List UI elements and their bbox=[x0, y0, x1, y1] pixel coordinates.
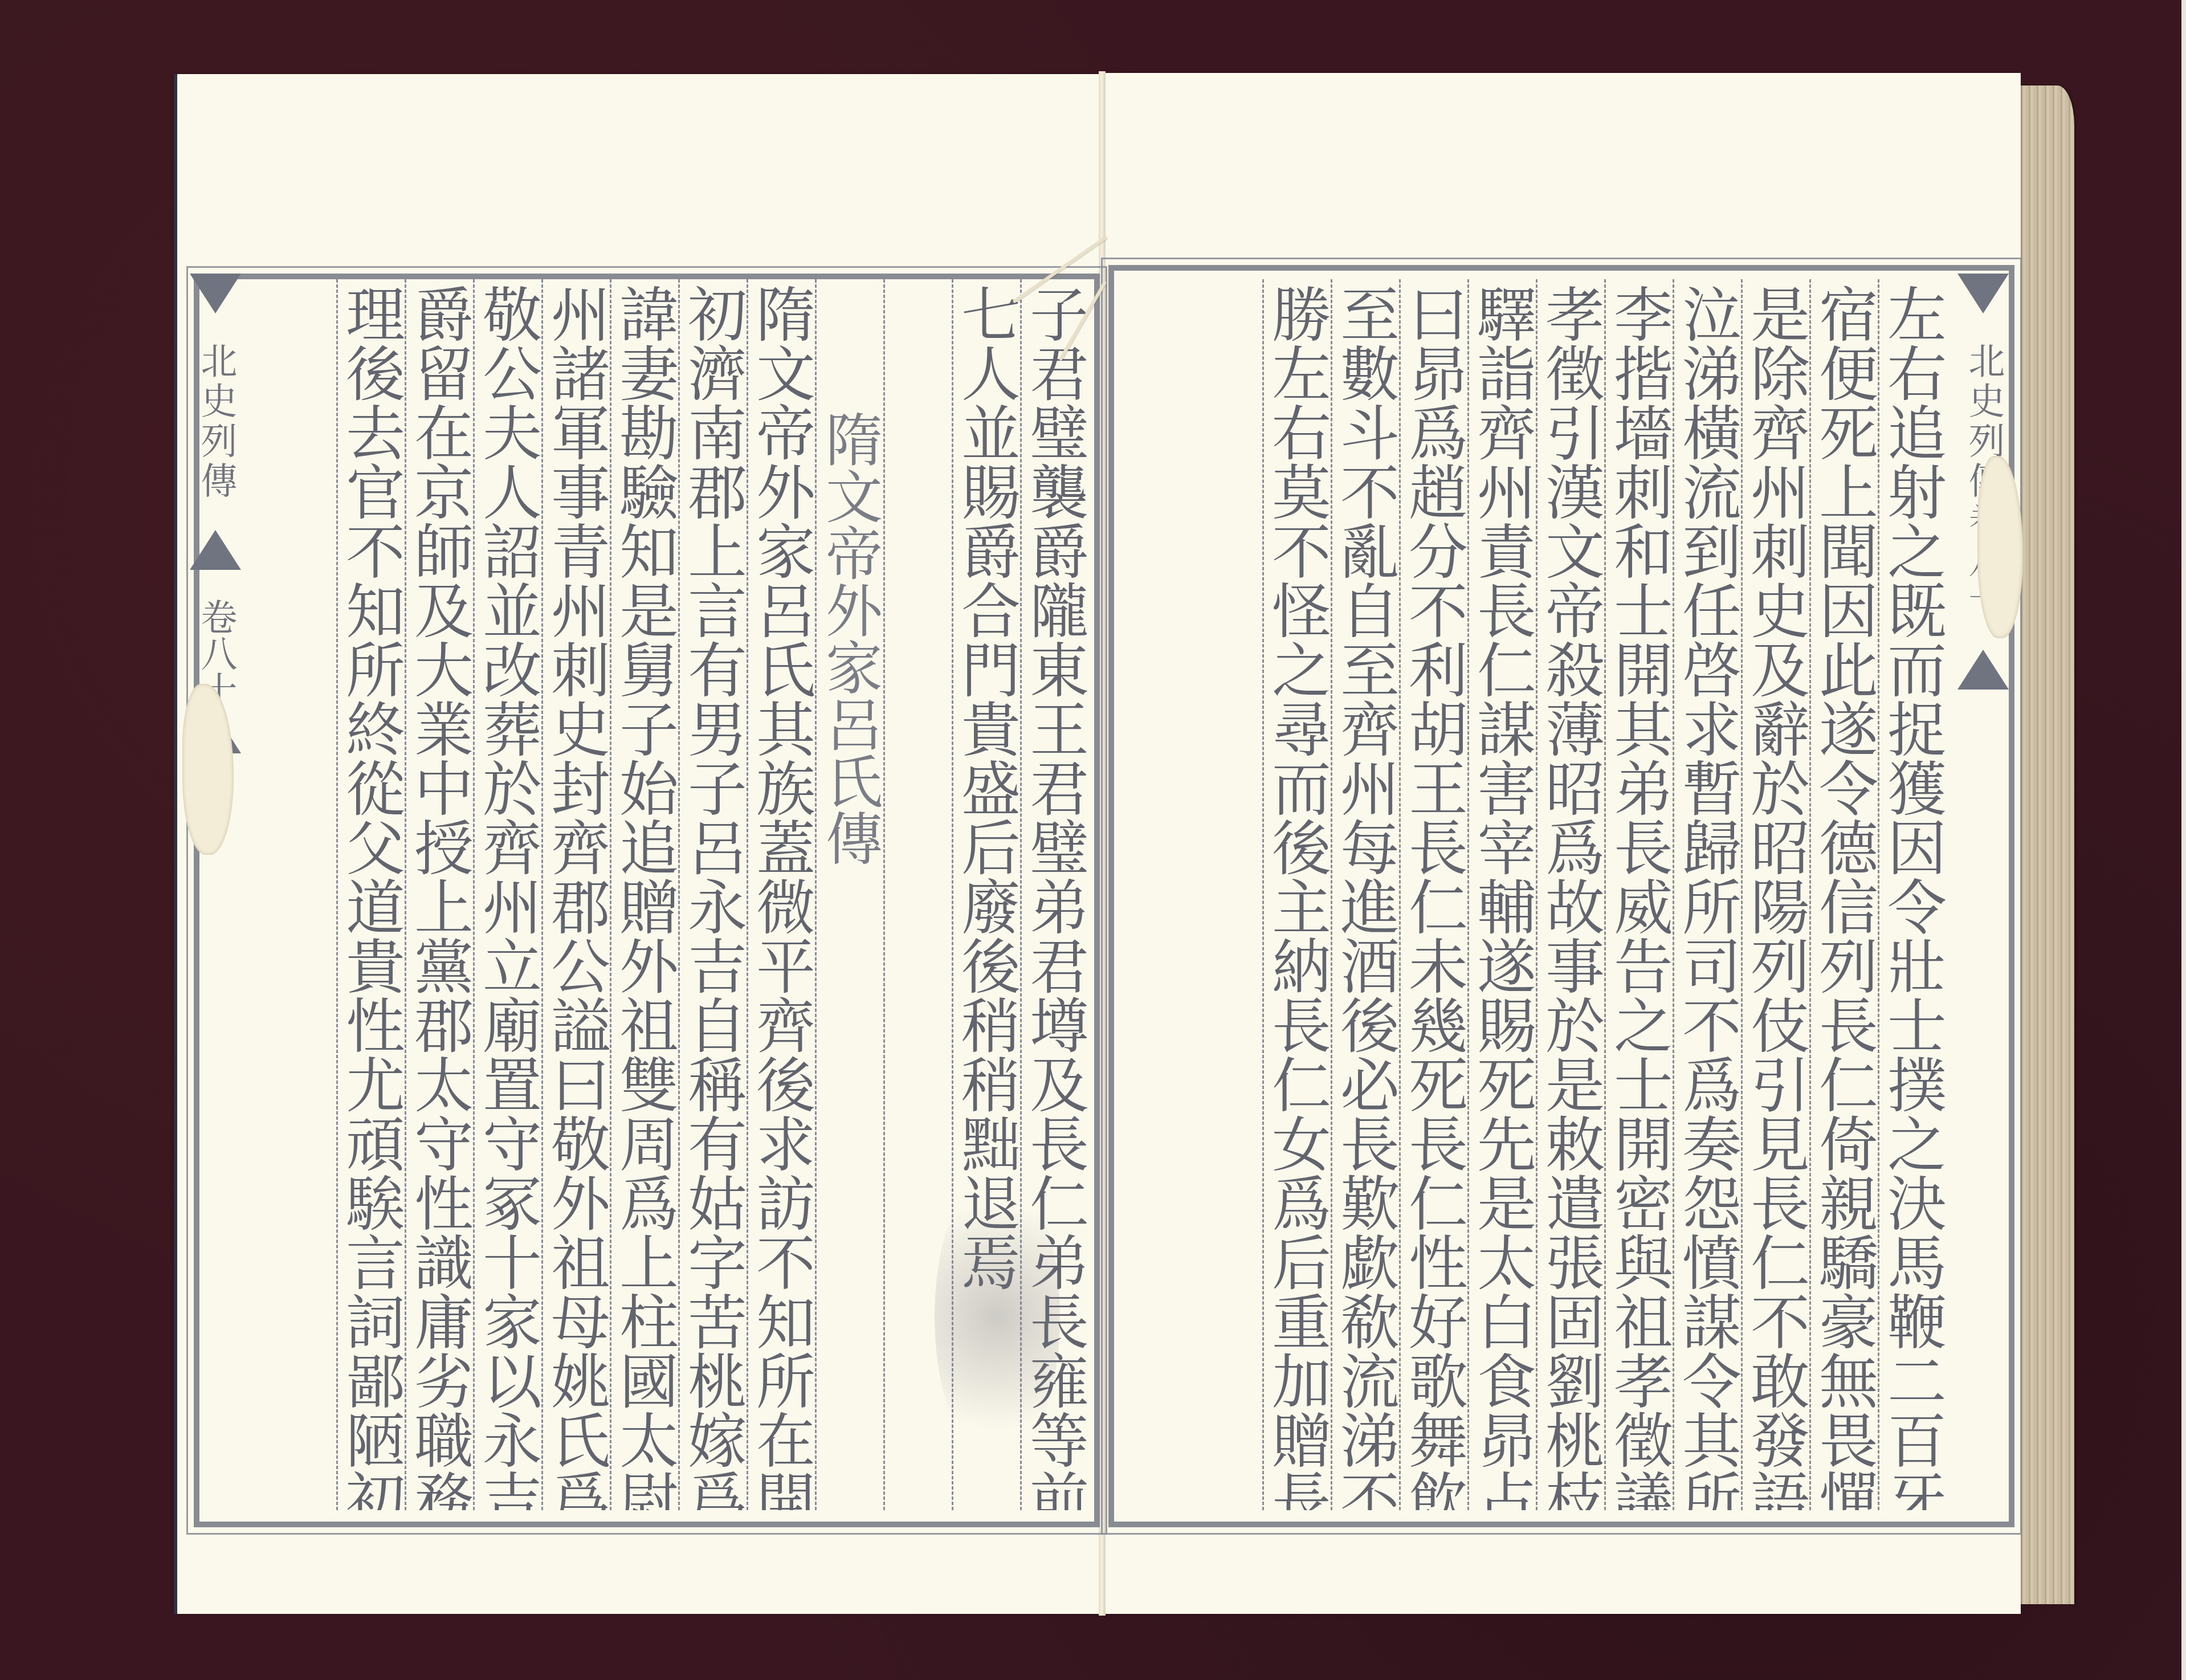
text-column: 李揩墻刺和士開其弟長威告之士開密與祖孝徵議之 bbox=[1604, 279, 1673, 1510]
text-column: 孝徵引漢文帝殺薄昭爲故事於是敕遣張固劉桃枝馳 bbox=[1536, 279, 1604, 1510]
text-column: 驛詣齊州責長仁謀害宰輔遂賜死先是太白食昴占者 bbox=[1467, 279, 1536, 1510]
page-block-edge bbox=[2017, 85, 2074, 1604]
text-column: 泣涕橫流到任啓求暫歸所司不爲奏怨憤謀令其所人 bbox=[1673, 279, 1741, 1510]
text-column: 州諸軍事青州刺史封齊郡公謚曰敬外祖母姚氏爲齊 bbox=[541, 279, 610, 1510]
text-column: 至數斗不亂自至齊州每進酒後必長歎歔欷流涕不自 bbox=[1331, 279, 1399, 1510]
text-column: 曰昴爲趙分不利胡王長仁未幾死長仁性好歌舞飲酒 bbox=[1399, 279, 1467, 1510]
text-column: 理後去官不知所終從父道貴性尤頑騃言詞鄙陋初自 bbox=[336, 279, 405, 1510]
scan-edge-strip bbox=[2181, 0, 2186, 1680]
text-column: 隋文帝外家呂氏其族蓋微平齊後求訪不知所在開皇 bbox=[747, 279, 815, 1510]
ink-smudge bbox=[935, 1168, 1060, 1465]
text-column: 宿便死上聞因此遂令德信列長仁倚親驕豪無畏憚由 bbox=[1809, 279, 1878, 1510]
text-column: 是除齊州刺史及辭於昭陽列伎引見長仁不敢發語唯 bbox=[1741, 279, 1809, 1510]
left-margin-strip: 北史列傳 卷八十 bbox=[181, 268, 250, 1522]
text-column: 左右追射之既而捉獲因令壯士撲之決馬鞭二百牙一 bbox=[1878, 279, 1946, 1510]
right-page-text: 左右追射之既而捉獲因令壯士撲之決馬鞭二百牙一 宿便死上聞因此遂令德信列長仁倚親驕… bbox=[1114, 279, 1946, 1510]
text-column: 敬公夫人詔並改葬於齊州立廟置守冢十家以永吉襲 bbox=[473, 279, 541, 1510]
left-margin-title: 北史列傳 bbox=[196, 342, 234, 501]
text-column: 爵留在京師及大業中授上黨郡太守性識庸劣職務不 bbox=[405, 279, 473, 1510]
fishtail-ornament-icon bbox=[190, 274, 241, 313]
right-margin-strip: 北史列傳卷八十 bbox=[1949, 268, 2017, 1522]
text-column: 初濟南郡上言有男子呂永吉自稱有姑字苦桃嫁爲楊 bbox=[678, 279, 747, 1510]
fishtail-ornament-icon bbox=[190, 530, 241, 570]
text-column: 勝左右莫不怪之尋而後主納長仁女爲后重加贈長仁 bbox=[1262, 279, 1331, 1510]
chapter-title-column: 隋文帝外家呂氏傳 bbox=[815, 279, 883, 1510]
text-column: 諱妻勘驗知是舅子始追贈外祖雙周爲上柱國太尉八 bbox=[610, 279, 678, 1510]
fishtail-ornament-icon bbox=[1957, 650, 2009, 690]
fishtail-ornament-icon bbox=[1957, 274, 2009, 313]
